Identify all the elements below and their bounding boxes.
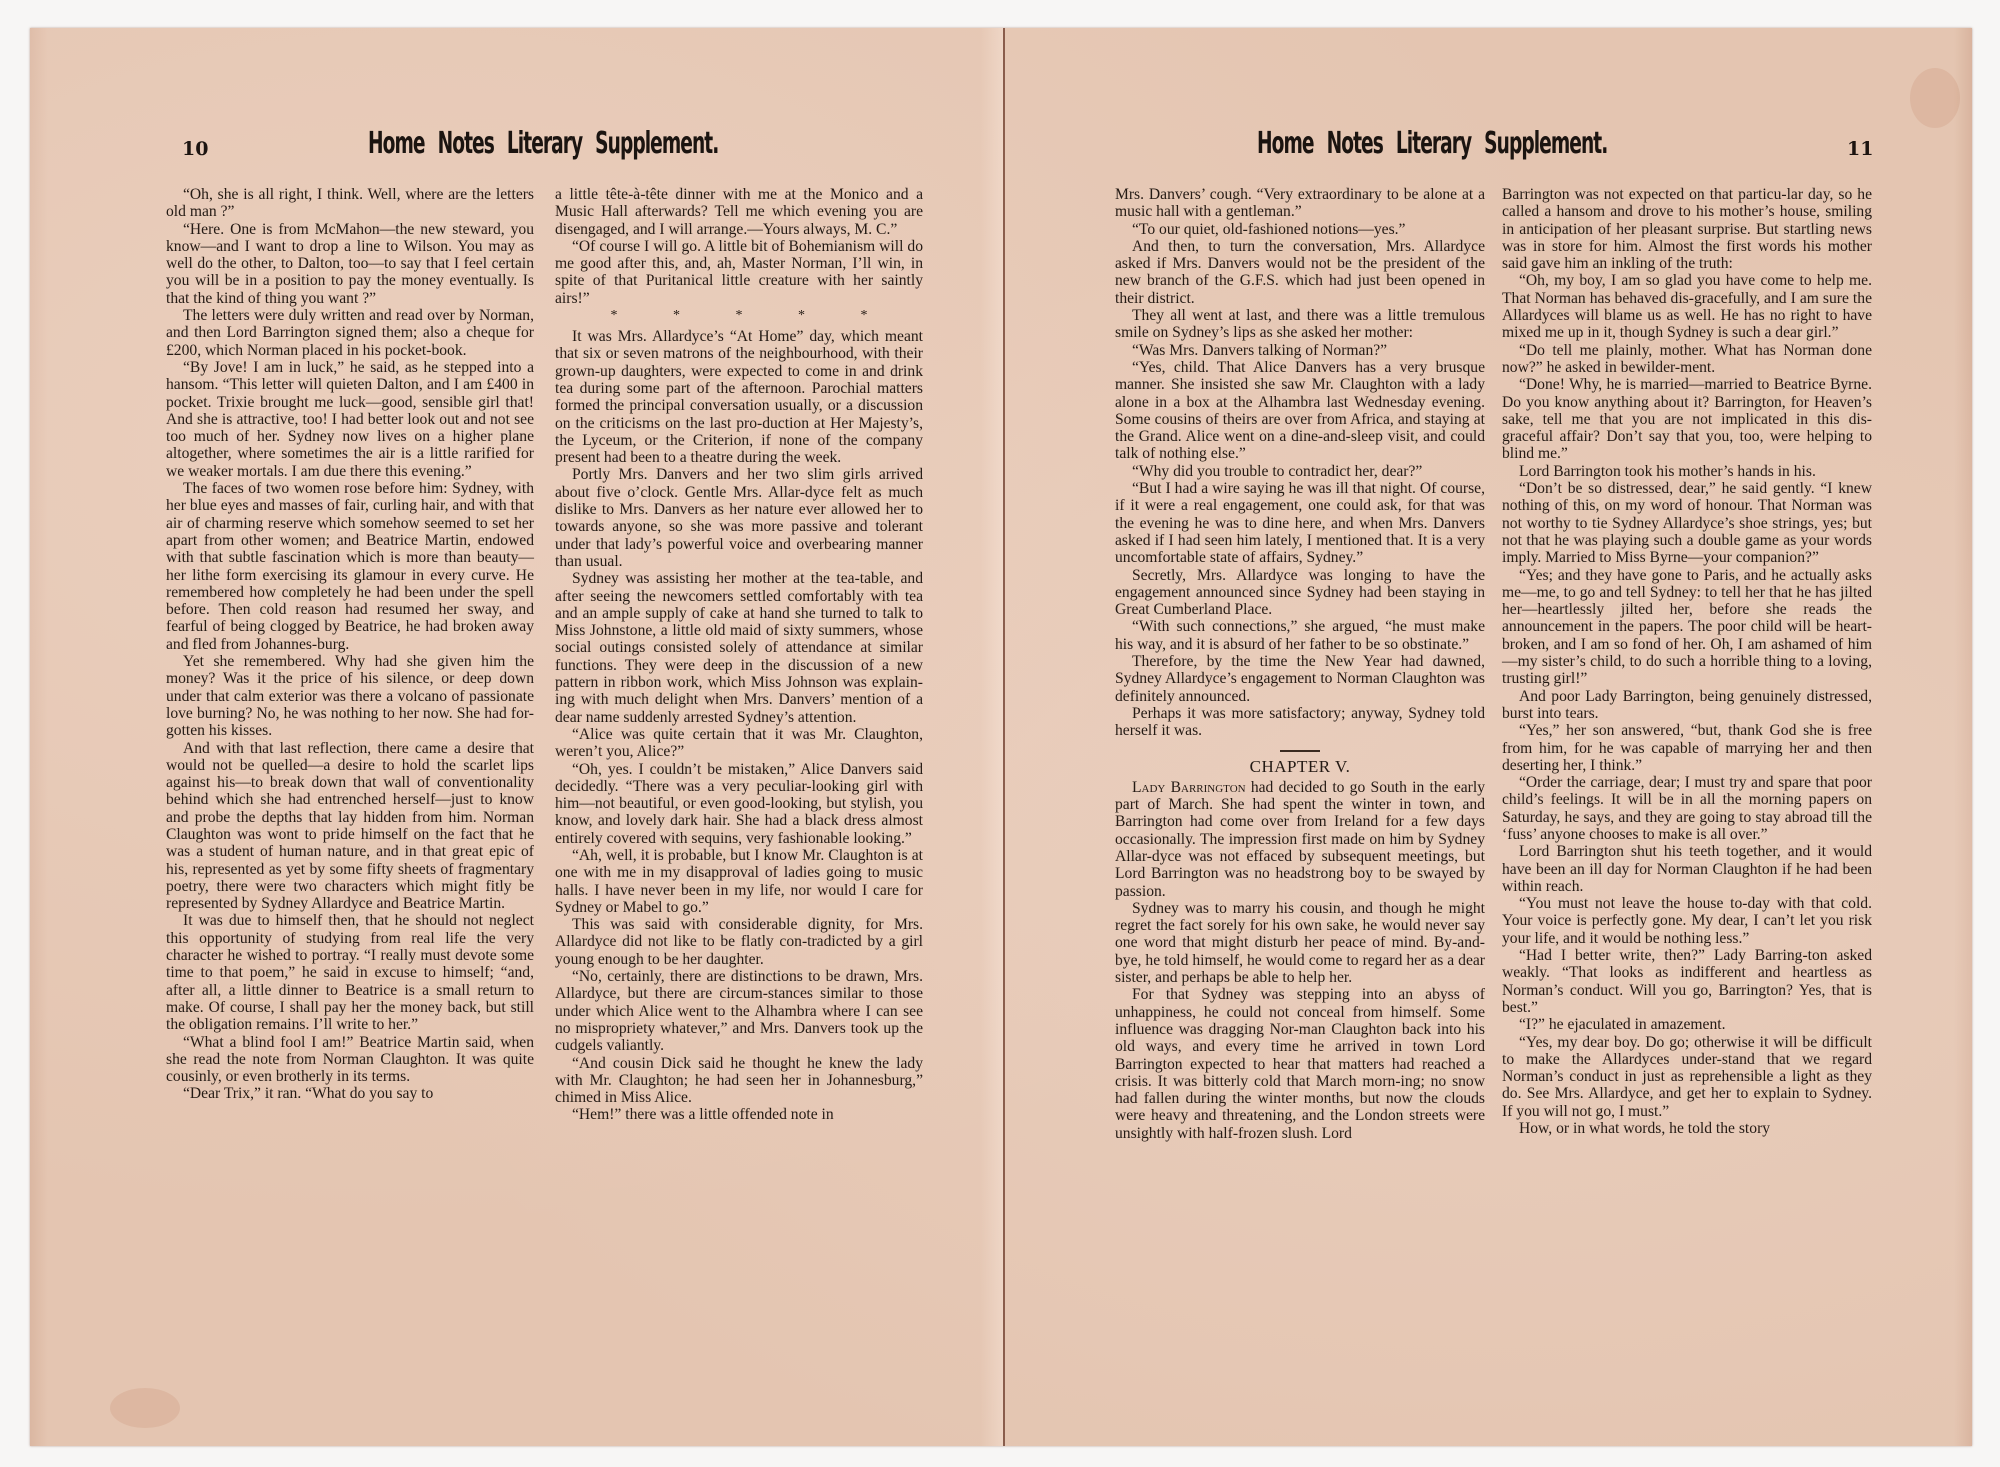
paragraph: And with that last reflection, there cam… [166, 740, 534, 913]
paragraph: a little tête-à-tête dinner with me at t… [555, 186, 923, 238]
paragraph: They all went at last, and there was a l… [1115, 307, 1485, 342]
paragraph: “Order the carriage, dear; I must try an… [1502, 774, 1872, 843]
paragraph-text: had decided to go South in the early par… [1115, 779, 1485, 900]
page-number: 10 [182, 138, 208, 160]
section-break-stars: * * * * * [555, 307, 923, 324]
paragraph: And poor Lady Barrington, being genuinel… [1502, 688, 1872, 723]
paragraph: “Why did you trouble to contradict her, … [1115, 463, 1485, 480]
paragraph: “Do tell me plainly, mother. What has No… [1502, 342, 1872, 377]
paragraph: Sydney was to marry his cousin, and thou… [1115, 900, 1485, 986]
paragraph: “Of course I will go. A little bit of Bo… [555, 238, 923, 307]
paragraph: How, or in what words, he told the story [1502, 1120, 1872, 1137]
text-column: Barrington was not expected on that part… [1502, 186, 1872, 1137]
paragraph: Lord Barrington took his mother’s hands … [1502, 463, 1872, 480]
paragraph: “Alice was quite certain that it was Mr.… [555, 726, 923, 761]
text-column: a little tête-à-tête dinner with me at t… [555, 186, 923, 1124]
masthead-title: Home Notes Literary Supplement. [368, 126, 718, 161]
paragraph: Lady Barrington had decided to go South … [1115, 779, 1485, 900]
section-rule [1280, 750, 1320, 752]
paragraph: “And cousin Dick said he thought he knew… [555, 1055, 923, 1107]
paragraph: “Yes,” her son answered, “but, thank God… [1502, 722, 1872, 774]
paragraph: The letters were duly written and read o… [166, 307, 534, 359]
paragraph: “Oh, my boy, I am so glad you have come … [1502, 272, 1872, 341]
paragraph: “Yes; and they have gone to Paris, and h… [1502, 567, 1872, 688]
paragraph: Lord Barrington shut his teeth together,… [1502, 843, 1872, 895]
paragraph: “Here. One is from McMahon—the new stewa… [166, 221, 534, 307]
paragraph: Therefore, by the time the New Year had … [1115, 653, 1485, 705]
paragraph: “By Jove! I am in luck,” he said, as he … [166, 359, 534, 480]
chapter-heading: CHAPTER V. [1115, 758, 1485, 775]
right-page: Home Notes Literary Supplement. 11 Mrs. … [1005, 28, 1972, 1446]
text-column: “Oh, she is all right, I think. Well, wh… [166, 186, 534, 1103]
paragraph: The faces of two women rose before him: … [166, 480, 534, 653]
paragraph: “Was Mrs. Danvers talking of Norman?” [1115, 342, 1485, 359]
paragraph: “Had I better write, then?” Lady Barring… [1502, 947, 1872, 1016]
text-column: Mrs. Danvers’ cough. “Very extraordinary… [1115, 186, 1485, 1142]
paragraph: “Yes, child. That Alice Danvers has a ve… [1115, 359, 1485, 463]
paragraph: Secretly, Mrs. Allardyce was longing to … [1115, 567, 1485, 619]
page-number: 11 [1847, 138, 1873, 160]
paragraph: Sydney was assisting her mother at the t… [555, 570, 923, 726]
paragraph: Yet she remembered. Why had she given hi… [166, 653, 534, 739]
paragraph: “You must not leave the house to-day wit… [1502, 895, 1872, 947]
paragraph: “Dear Trix,” it ran. “What do you say to [166, 1085, 534, 1102]
paragraph: “What a blind fool I am!” Beatrice Marti… [166, 1034, 534, 1086]
paragraph: “Ah, well, it is probable, but I know Mr… [555, 847, 923, 916]
left-page: 10 Home Notes Literary Supplement. “Oh, … [30, 28, 1003, 1446]
paragraph: Mrs. Danvers’ cough. “Very extraordinary… [1115, 186, 1485, 221]
magazine-spread: 10 Home Notes Literary Supplement. “Oh, … [30, 28, 1972, 1446]
paragraph: “I?” he ejaculated in amazement. [1502, 1016, 1872, 1033]
paragraph: For that Sydney was stepping into an aby… [1115, 986, 1485, 1142]
paragraph: “No, certainly, there are distinctions t… [555, 968, 923, 1054]
paragraph: “Yes, my dear boy. Do go; otherwise it w… [1502, 1034, 1872, 1120]
paragraph: “But I had a wire saying he was ill that… [1115, 480, 1485, 566]
paragraph: “Hem!” there was a little offended note … [555, 1106, 923, 1123]
paragraph: “With such connections,” she argued, “he… [1115, 618, 1485, 653]
paragraph: “Done! Why, he is married—married to Bea… [1502, 376, 1872, 462]
paragraph: It was due to himself then, that he shou… [166, 912, 534, 1033]
paragraph: Portly Mrs. Danvers and her two slim gir… [555, 466, 923, 570]
paragraph: This was said with considerable dignity,… [555, 916, 923, 968]
paragraph: “To our quiet, old-fashioned notions—yes… [1115, 221, 1485, 238]
paragraph: “Oh, yes. I couldn’t be mistaken,” Alice… [555, 761, 923, 847]
paragraph: “Don’t be so distressed, dear,” he said … [1502, 480, 1872, 566]
paragraph: “Oh, she is all right, I think. Well, wh… [166, 186, 534, 221]
paragraph: Barrington was not expected on that part… [1502, 186, 1872, 272]
paragraph: It was Mrs. Allardyce’s “At Home” day, w… [555, 328, 923, 466]
paragraph: Perhaps it was more satisfactory; anyway… [1115, 705, 1485, 740]
masthead-title: Home Notes Literary Supplement. [1257, 126, 1607, 161]
paragraph-lead-in: Lady Barrington [1132, 779, 1246, 796]
paragraph: And then, to turn the conversation, Mrs.… [1115, 238, 1485, 307]
